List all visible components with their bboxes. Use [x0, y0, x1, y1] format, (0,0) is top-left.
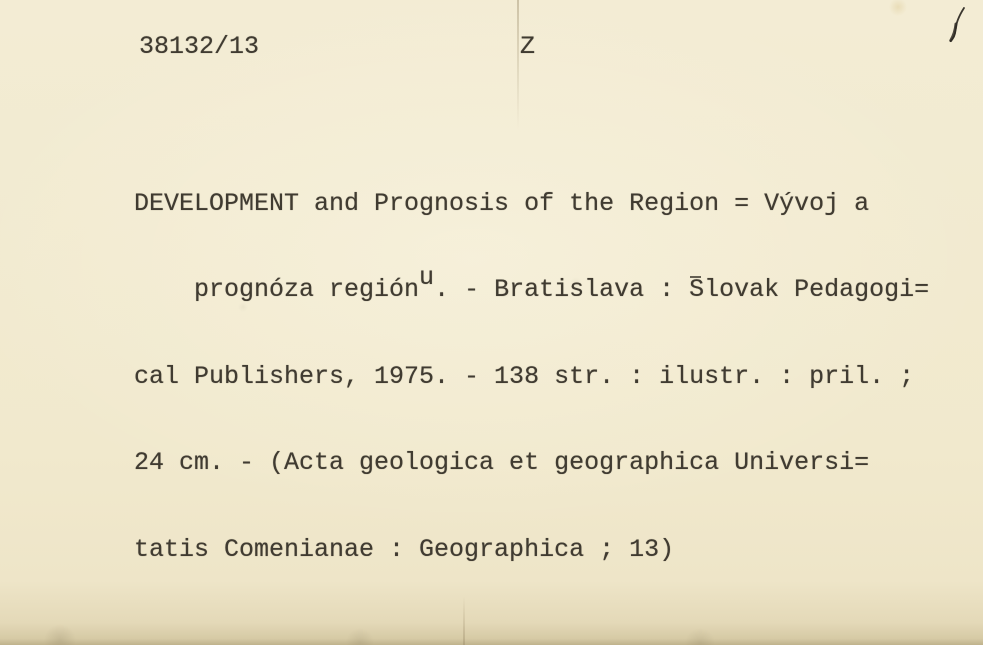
entry-line-2: prognóza regiónu. - Bratislava : Slovak … [134, 276, 929, 304]
entry-line-2-pre: prognóza región [134, 275, 419, 304]
paper-crease-top [517, 0, 519, 130]
catalog-entry: DEVELOPMENT and Prognosis of the Region … [134, 132, 929, 622]
entry-line-4: 24 cm. - (Acta geologica et geographica … [134, 449, 929, 477]
entry-line-3: cal Publishers, 1975. - 138 str. : ilust… [134, 363, 929, 391]
entry-line-5: tatis Comenianae : Geographica ; 13) [134, 536, 929, 564]
entry-line-2-mid: . - Bratislava : [434, 275, 689, 304]
s-with-macron-mark: S [689, 275, 704, 304]
classification-letter: Z [520, 33, 535, 61]
pen-stroke-thick [951, 24, 956, 41]
entry-line-2-post: lovak Pedagogi= [704, 275, 929, 304]
superscript-u-correction: u [419, 263, 434, 292]
catalog-card: 38132/13 Z DEVELOPMENT and Prognosis of … [0, 0, 983, 645]
call-number: 38132/13 [139, 33, 259, 61]
entry-line-1: DEVELOPMENT and Prognosis of the Region … [134, 190, 929, 218]
handwritten-paren-icon [940, 3, 976, 47]
